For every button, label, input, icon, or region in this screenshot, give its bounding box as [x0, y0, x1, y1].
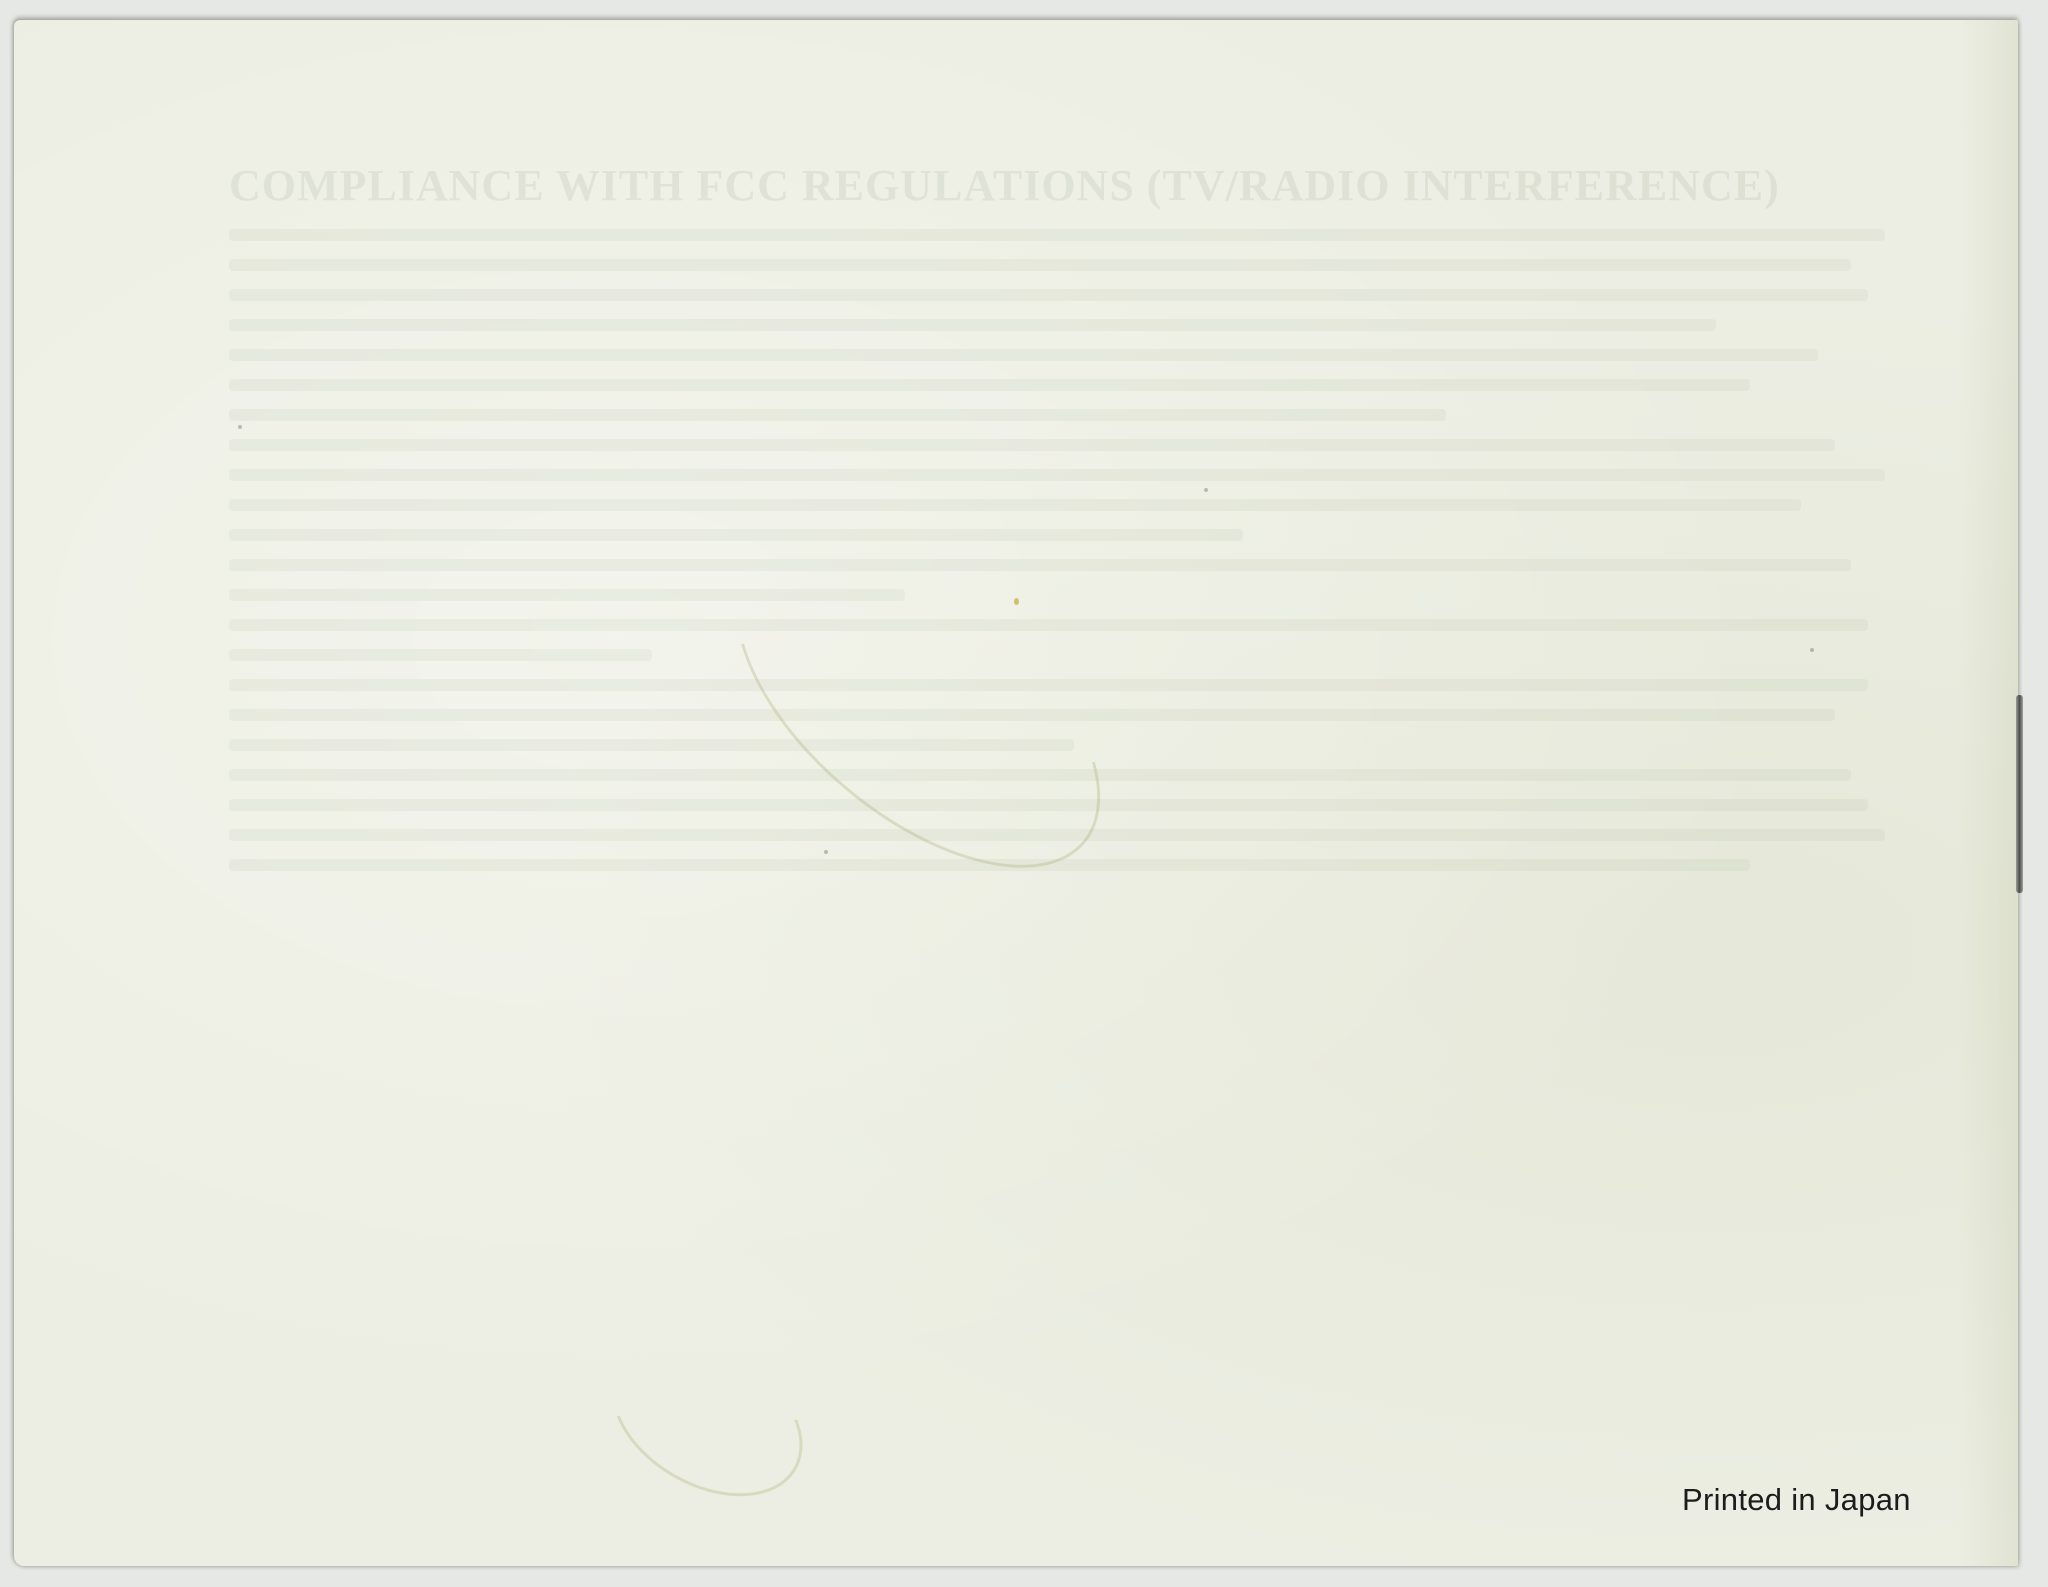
show-through-line — [229, 229, 1885, 241]
booklet-back-cover: COMPLIANCE WITH FCC REGULATIONS (TV/RADI… — [14, 20, 2018, 1566]
show-through-line — [229, 559, 1851, 571]
show-through-line — [229, 529, 1243, 541]
paper-speck — [1204, 488, 1208, 492]
paper-speck — [1810, 648, 1814, 652]
show-through-line — [229, 319, 1716, 331]
show-through-heading: COMPLIANCE WITH FCC REGULATIONS (TV/RADI… — [229, 160, 1919, 211]
printed-in-japan-label: Printed in Japan — [1682, 1482, 1911, 1518]
staple — [2016, 695, 2023, 893]
show-through-line — [229, 469, 1885, 481]
show-through-line — [229, 499, 1801, 511]
show-through-line — [229, 439, 1835, 451]
paper-speck — [824, 850, 828, 854]
show-through-line — [229, 289, 1868, 301]
spine-shading — [1958, 20, 2018, 1566]
show-through-line — [229, 409, 1446, 421]
paper-speck — [1014, 598, 1019, 605]
show-through-line — [229, 379, 1750, 391]
show-through-line — [229, 259, 1851, 271]
show-through-line — [229, 649, 652, 661]
show-through-line — [229, 619, 1868, 631]
paper-speck — [238, 425, 242, 429]
ring-stain — [584, 1308, 830, 1529]
show-through-line — [229, 349, 1818, 361]
ring-stain — [678, 476, 1157, 929]
